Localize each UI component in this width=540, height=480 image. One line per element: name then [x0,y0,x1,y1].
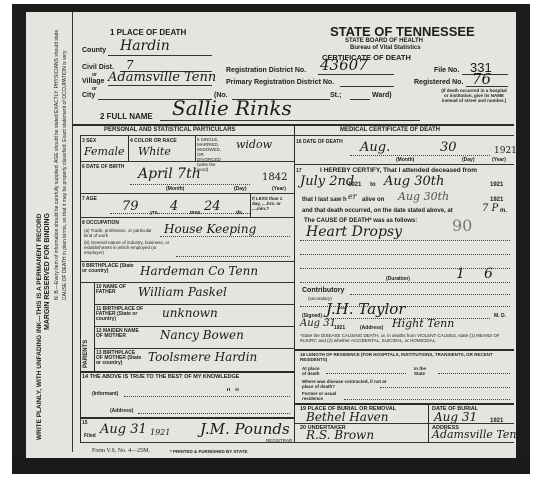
form-number: Form V.S. No. 4—25M. [92,448,150,454]
hospital-note: (If death occurred in a hospital or inst… [440,88,508,103]
full-name-value: Sallie Rinks [172,96,292,120]
mother-name-label: 12 MAIDEN NAME OF MOTHER [96,329,140,339]
death-occurred-text: and that death occurred, on the date sta… [302,208,453,214]
rule [94,304,294,305]
rule [350,294,510,295]
occupation-a-label: (a) Trade, profession, or particular kin… [84,228,160,238]
attended-to: Aug 30th [384,174,444,189]
where-contracted-label: Where was disease contracted, if not at … [302,379,392,389]
county-label: County [82,47,106,54]
mos-caption: mos. [190,210,202,216]
filed-number: 15 [82,420,88,426]
undertaker-name: R.S. Brown [306,428,374,442]
signed-year: 1921 [334,325,345,331]
last-saw-text: that I last saw h [302,197,347,203]
file-no-label: File No. [434,67,459,74]
marital-value: widow [236,138,272,151]
burial-place: Bethel Haven [306,410,388,424]
year-caption: (Year) [272,186,286,192]
registered-no-value: 76 [472,70,491,88]
dob-label: 6 DATE OF BIRTH [82,164,124,170]
rule [94,282,95,372]
city-label: City [82,92,95,99]
rule [294,164,514,165]
rule [350,155,490,156]
physician-address: Hight Tenn [392,317,454,330]
occupation-b-label: (b) General nature of industry, business… [84,240,174,255]
rule [128,135,129,161]
duration-years: 1 [456,266,465,282]
registration-district-value: 43607 [320,56,368,74]
scan-bottom-band [12,458,530,474]
rule [80,135,294,136]
father-name-label: 10 NAME OF FATHER [96,285,136,295]
full-name-line [160,120,420,121]
death-month: Aug. [360,140,390,155]
birthplace-label: 9 BIRTHPLACE (State or country) [82,264,136,274]
rule [300,282,510,283]
to-label: to [370,182,376,188]
race-value: White [138,145,171,158]
father-birthplace-label: 11 BIRTHPLACE OF FATHER (State or countr… [96,307,144,322]
village-line [108,85,212,86]
occupation-label: 8 OCCUPATION [82,220,119,226]
date-of-death-label: 16 DATE OF DEATH [296,139,343,145]
rule [160,236,290,237]
age-years: 79 [122,199,139,214]
county-line [108,55,212,56]
rule [130,184,250,185]
month-caption: (Month) [166,186,184,192]
bureau-title: Bureau of Vital Statistics [350,45,421,51]
father-birthplace-value: unknown [162,306,218,320]
rule [294,423,514,424]
contributory-label: Contributory [302,287,344,294]
duration-months: 6 [484,266,493,282]
filed-year: 1921 [150,428,170,437]
less-than-label: If LESS than 1 day, ....hrs. or ....min.… [252,196,292,211]
county-value: Hardin [120,38,170,54]
printer-note: * PRINTED & FURNISHED BY STATE [170,449,248,454]
physician-signature: J.H. Taylor [326,300,406,318]
mother-name-value: Nancy Bowen [160,328,244,342]
rule [176,256,290,257]
cause-footnote: *State the DISEASE CAUSING DEATH, or, in… [300,333,512,343]
race-label: 4 COLOR OR RACE [130,138,177,144]
age-months: 4 [170,199,178,214]
m-label: m. [500,208,507,214]
ds-caption: ds. [236,210,243,216]
at-place-label: At place of death [302,366,324,376]
yrs-caption: yrs. [150,210,159,216]
rule [300,240,510,241]
village-value: Adamsville Tenn [108,70,216,85]
place-of-death-heading: 1 PLACE OF DEATH [110,28,186,37]
dob-value: April 7th [138,166,201,182]
attended-to-year: 1921 [490,182,503,188]
registration-district-label: Registration District No. [226,67,306,74]
informant-label: (Informant) [92,391,118,397]
certify-text: I HEREBY CERTIFY, That I attended deceas… [320,167,477,174]
rule [300,254,510,255]
rule [80,161,294,162]
former-residence-label: Former or usual residence [302,391,342,401]
rule [195,135,196,161]
attended-from-year: 1921 [348,182,361,188]
death-year: 1921 [494,146,517,156]
mother-birthplace-label: 13 BIRTHPLACE OF MOTHER (State or countr… [96,351,142,366]
in-state-label: In the State [414,366,436,376]
rule [80,442,514,443]
registrar-signature: J.M. Pounds [200,420,290,438]
md-label: M. D. [494,313,506,319]
signed-date: Aug 31 [300,318,336,329]
last-saw-pronoun: er [348,192,357,201]
primary-registration-line [340,86,394,87]
father-name-value: William Paskel [138,285,227,299]
rule [300,268,510,269]
rule [80,417,294,419]
rule [94,348,294,349]
cause-of-death: Heart Dropsy [306,224,402,240]
informant-address-value: " " [226,386,240,399]
birthplace-value: Hardeman Co Tenn [140,264,258,278]
margin-note-1: N. B.—Every item of information should b… [54,30,60,300]
rule [326,373,406,374]
sex-value: Female [84,145,125,158]
occupation-value: House Keeping [164,222,256,236]
month-caption: (Month) [396,157,414,163]
rule [294,403,514,405]
rule [124,396,290,397]
margin-reserved: MARGIN RESERVED FOR BINDING [44,213,51,330]
full-name-label: 2 FULL NAME [100,112,153,121]
physician-address-label: (Address) [360,325,383,331]
address-label: (Address) [110,408,133,414]
residence-label: 18 LENGTH OF RESIDENCE (FOR HOSPITALS, I… [300,352,510,362]
section-divider [72,124,514,126]
attended-from: July 2nd [300,174,354,189]
mother-birthplace-value: Toolsmere Hardin [148,350,257,364]
last-saw-date: Aug 30th [398,190,449,203]
margin-write-plainly: WRITE PLAINLY, WITH UNFADING INK—THIS IS… [36,214,43,440]
rule [294,349,514,351]
rule [80,282,294,283]
state-title: STATE OF TENNESSEE [330,24,475,39]
registered-no-label: Registered No. [414,79,463,86]
rule [80,193,294,194]
death-day: 30 [440,140,457,155]
rule [94,326,294,327]
informant-statement: 14 THE ABOVE IS TRUE TO THE BEST OF MY K… [82,374,239,380]
day-caption: (Day) [234,186,247,192]
age-label: 7 AGE [82,196,97,202]
filed-label: Filed [84,433,96,439]
medical-heading: MEDICAL CERTIFICATE OF DEATH [340,127,440,133]
marital-label: 5 SINGLE, MARRIED, WIDOWED, OR DIVORCED … [197,137,227,172]
cause-code: 90 [452,216,472,235]
rule [138,413,290,414]
death-time: 7 P [482,203,498,214]
filed-date: Aug 31 [100,422,147,437]
burial-date: Aug 31 [434,410,477,424]
day-caption: (Day) [462,157,475,163]
margin-note-2: CAUSE OF DEATH in plain terms, so that i… [62,50,68,300]
rule [80,217,294,218]
column-divider [294,124,295,442]
rule [250,193,251,217]
st-label: St.; [330,92,341,99]
alive-on-label: alive on [362,197,384,203]
ward-label: Ward) [372,92,392,99]
rule [294,135,514,136]
personal-heading: PERSONAL AND STATISTICAL PARTICULARS [104,127,236,133]
rule [80,371,294,373]
rule [438,373,510,374]
age-days: 24 [204,199,221,214]
rule [80,261,294,262]
village-label: Village [82,78,104,85]
ward-line [350,99,370,100]
year-caption: (Year) [492,157,506,163]
primary-registration-label: Primary Registration District No. [226,79,334,86]
board-title: STATE BOARD OF HEALTH [345,38,423,44]
registration-district-line [318,74,394,75]
parents-label: PARENTS [83,340,89,368]
rule [380,387,510,388]
dob-year: 1842 [262,172,287,183]
rule [344,399,510,400]
undertaker-address: Adamsville Tenn [432,428,524,441]
rule [80,135,81,442]
sex-label: 3 SEX [82,138,96,144]
